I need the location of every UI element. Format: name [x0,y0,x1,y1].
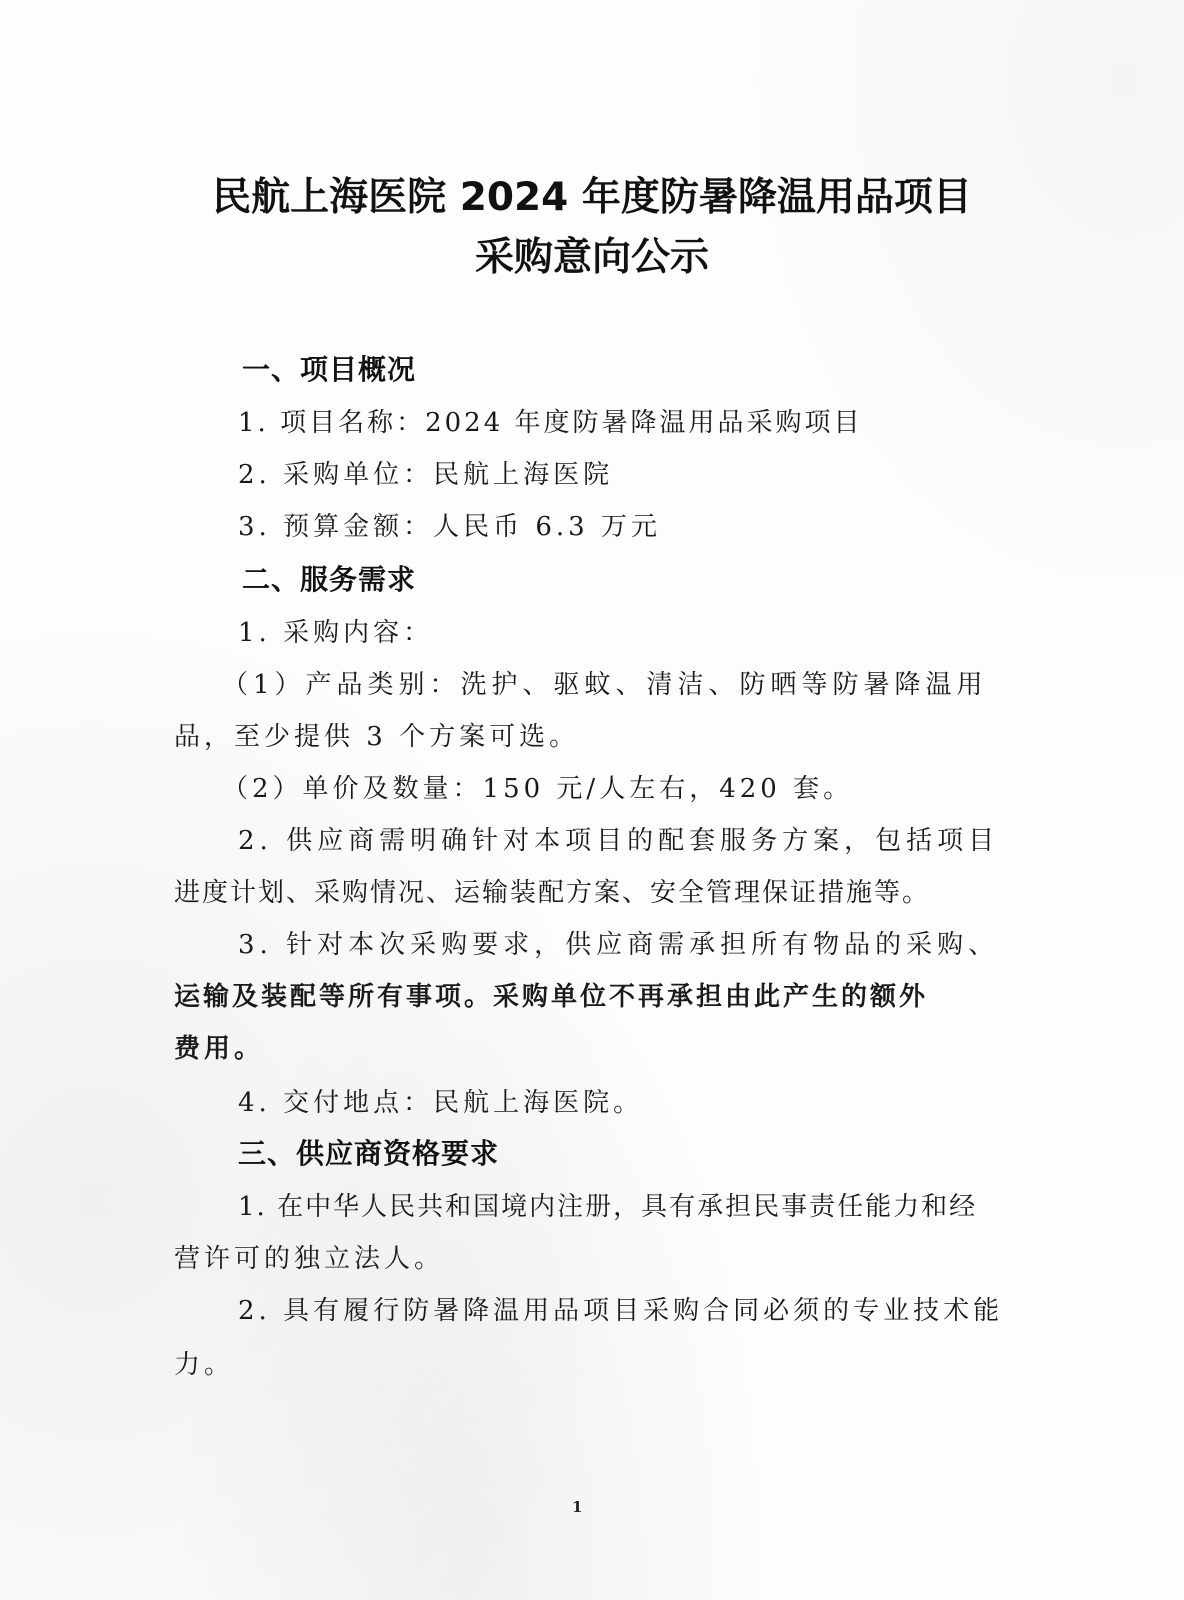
budget-line: 3. 预算金额：人民币 6.3 万元 [238,506,661,543]
supplier-responsibility-line-end: 费用。 [174,1028,264,1065]
supplier-responsibility-line-cont: 运输及装配等所有事项。采购单位不再承担由此产生的额外 [174,976,928,1013]
section-heading-service-requirements: 二、服务需求 [242,558,416,598]
document-title-line-2: 采购意向公示 [0,226,1184,282]
qualification-technical-line: 2. 具有履行防暑降温用品项目采购合同必须的专业技术能 [238,1290,1003,1327]
product-category-line-cont: 品，至少提供 3 个方案可选。 [174,716,579,753]
product-category-line: （1）产品类别：洗护、驱蚊、清洁、防晒等防暑降温用 [222,664,988,701]
page-number: 1 [572,1498,582,1516]
purchaser-line: 2. 采购单位：民航上海医院 [238,454,613,491]
supplier-responsibility-line: 3. 针对本次采购要求，供应商需承担所有物品的采购、 [238,924,999,961]
service-plan-line-cont: 进度计划、采购情况、运输装配方案、安全管理保证措施等。 [174,872,930,909]
qualification-registration-line-cont: 营许可的独立法人。 [174,1238,444,1275]
qualification-technical-line-end: 力。 [174,1344,234,1381]
section-heading-overview: 一、项目概况 [242,348,416,388]
service-plan-line: 2. 供应商需明确针对本项目的配套服务方案，包括项目 [238,820,999,857]
qualification-registration-line: 1. 在中华人民共和国境内注册，具有承担民事责任能力和经 [238,1186,977,1223]
procurement-content-line: 1. 采购内容： [238,612,433,649]
unit-price-quantity-line: （2）单价及数量：150 元/人左右，420 套。 [222,768,853,805]
delivery-location-line: 4. 交付地点：民航上海医院。 [238,1082,643,1119]
project-name-line: 1. 项目名称：2024 年度防暑降温用品采购项目 [238,402,863,439]
scanned-page: 民航上海医院 2024 年度防暑降温用品项目 采购意向公示 一、项目概况 1. … [0,0,1184,1600]
section-heading-supplier-qualifications: 三、供应商资格要求 [238,1132,499,1172]
document-title-line-1: 民航上海医院 2024 年度防暑降温用品项目 [0,166,1184,222]
